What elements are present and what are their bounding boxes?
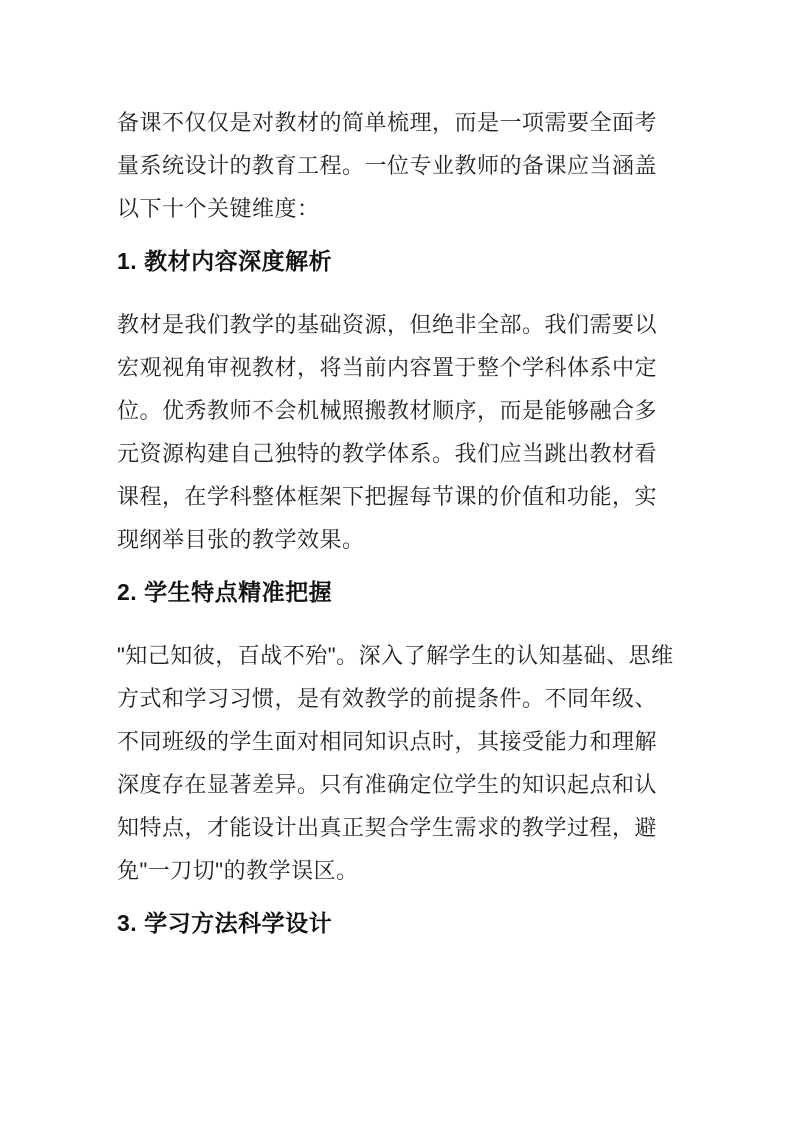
section-1-heading: 1. 教材内容深度解析 (117, 246, 677, 277)
section-2-heading: 2. 学生特点精准把握 (117, 577, 677, 608)
intro-paragraph: 备课不仅仅是对教材的简单梳理，而是一项需要全面考量系统设计的教育工程。一位专业教… (117, 101, 677, 230)
section-3-heading: 3. 学习方法科学设计 (117, 908, 677, 939)
section-1-paragraph: 教材是我们教学的基础资源，但绝非全部。我们需要以宏观视角审视教材，将当前内容置于… (117, 303, 677, 561)
section-2-paragraph: "知己知彼，百战不殆"。深入了解学生的认知基础、思维方式和学习习惯，是有效教学的… (117, 634, 677, 892)
document-page: 备课不仅仅是对教材的简单梳理，而是一项需要全面考量系统设计的教育工程。一位专业教… (0, 0, 793, 1122)
document-content: 备课不仅仅是对教材的简单梳理，而是一项需要全面考量系统设计的教育工程。一位专业教… (0, 0, 793, 1122)
